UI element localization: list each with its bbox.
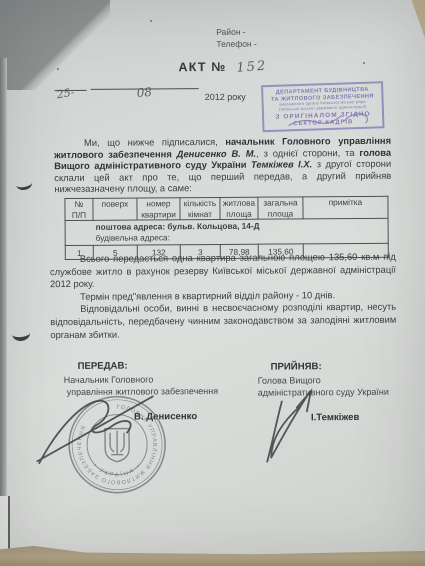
trident-emblem <box>105 429 129 462</box>
date-year-label: 2012 року <box>205 92 246 102</box>
intro-text: , з однієї сторони, та <box>256 147 359 159</box>
accepted-line1: Голова Вищого <box>258 375 321 385</box>
date-underline-short <box>55 90 87 91</box>
col-header-total-area: загальнаплоща <box>258 197 303 219</box>
intro-paragraph: Ми, що нижче підписалися, начальник Голо… <box>54 135 391 195</box>
intro-name-temkizhev: Темкіжев І.Х. <box>251 158 312 169</box>
intro-name-denysenko: Денисенко В. М. <box>177 147 257 159</box>
act-title: АКТ № <box>178 60 226 74</box>
act-title-row: АКТ № 152 <box>178 60 267 76</box>
handed-over-line2: управління житлового забезпечення <box>67 386 218 397</box>
svg-text:• УКРАЇНА •: • УКРАЇНА • <box>92 463 143 479</box>
col-header-rooms: кількістькімнат <box>180 197 220 219</box>
accepted-title: ПРИЙНЯВ: <box>271 361 322 372</box>
right-signature-scribble <box>267 393 309 461</box>
handed-over-title: ПЕРЕДАВ: <box>78 361 128 372</box>
body-paragraphs: Всього передається одна квартира загальн… <box>50 251 397 342</box>
photo-of-document: Район - Телефон - АКТ № 152 25- 08 2012 … <box>0 0 425 566</box>
stamp-bottom-text: • УКРАЇНА • <box>92 463 143 479</box>
table-address-row: поштова адреса: бульв. Кольцова, 14-Д бу… <box>65 218 388 245</box>
col-header-note: примітка <box>303 196 388 219</box>
col-header-num: №П/П <box>65 198 93 220</box>
document-content: Район - Телефон - АКТ № 152 25- 08 2012 … <box>0 0 425 566</box>
accepted-name: І.Темкіжев <box>311 412 359 423</box>
header-contact-block: Район - Телефон - <box>216 26 257 50</box>
col-header-floor: поверх <box>93 198 137 220</box>
department-rect-stamp: ДЕПАРТАМЕНТ БУДІВНИЦТВА ТА ЖИТЛОВОГО ЗАБ… <box>261 81 384 132</box>
act-number-handwritten: 152 <box>236 59 268 76</box>
construction-address: будівельна адреса: <box>96 231 386 244</box>
round-official-stamp: ГОЛОВНЕ УПРАВЛІННЯ ЖИТЛОВОГО ЗАБЕЗПЕЧЕНН… <box>65 392 170 497</box>
address-cell: поштова адреса: бульв. Кольцова, 14-Д бу… <box>65 218 388 245</box>
phone-label: Телефон - <box>216 38 257 50</box>
left-signature-scribble <box>39 401 131 464</box>
date-month-handwritten: 08 <box>136 85 153 100</box>
col-header-living-area: житловаплоща <box>220 197 258 219</box>
left-signature-stroke <box>37 396 153 461</box>
paragraph-responsibility: Відповідальні особи, винні в несвоєчасно… <box>50 301 396 341</box>
handed-over-line1: Начальник Головного <box>64 374 154 385</box>
paragraph-total: Всього передається одна квартира загальн… <box>50 251 396 291</box>
intro-text: Ми, що нижче підписалися, <box>84 136 225 148</box>
region-label: Район - <box>216 26 257 38</box>
handed-over-name: В. Денисенко <box>134 411 197 422</box>
accepted-line2: адміністративного суду України <box>258 387 389 398</box>
col-header-apt-number: номерквартири <box>137 198 180 220</box>
table-header-row: №П/П поверх номерквартири кількістькімна… <box>65 196 388 220</box>
date-day-handwritten: 25- <box>56 86 76 102</box>
